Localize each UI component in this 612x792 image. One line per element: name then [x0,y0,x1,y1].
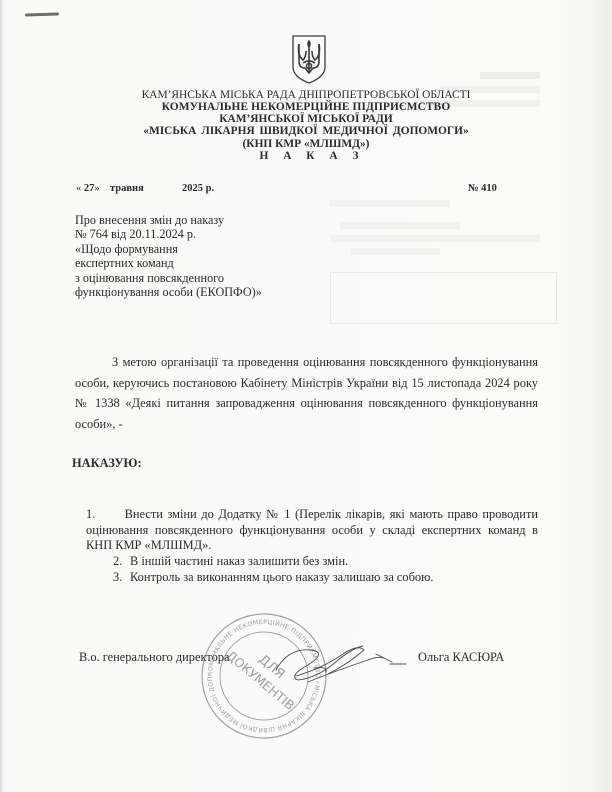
order-day: « 27» [76,183,100,194]
item-number: 2. [113,554,130,569]
order-subject: Про внесення змін до наказу № 764 від 20… [75,213,262,299]
item-number: 3. [113,570,130,585]
preamble-paragraph: З метою організації та проведення оцінюв… [75,352,538,434]
document-type: Н А К А З [0,150,612,163]
item-number: 1. [59,507,120,523]
coat-of-arms-icon [289,33,329,85]
item-text: Контроль за виконанням цього наказу зали… [130,570,433,584]
day-value: 27 [84,183,95,194]
item-text: В іншій частині наказ залишити без змін. [130,554,348,568]
handwritten-signature [268,640,418,690]
order-item-1: 1. Внести зміни до Додатку № 1 (Перелік … [86,507,538,554]
order-item-3: 3.Контроль за виконанням цього наказу за… [113,570,433,585]
order-month: травня [110,183,144,194]
order-item-2: 2.В іншій частині наказ залишити без змі… [113,554,348,569]
subject-line: з оцінювання повсякденного [75,271,262,285]
order-number: № 410 [468,183,497,194]
directive-heading: НАКАЗУЮ: [72,456,142,471]
subject-line: експертних команд [75,256,262,270]
item-text: Внести зміни до Додатку № 1 (Перелік лік… [86,507,538,552]
subject-line: функціонування особи (ЕКОПФО)» [75,285,262,299]
subject-line: № 764 від 20.11.2024 р. [75,227,262,241]
signatory-name: Ольга КАСЮРА [418,650,504,665]
order-year: 2025 р. [182,183,214,194]
subject-line: Про внесення змін до наказу [75,213,262,227]
day-suffix: » [94,183,99,194]
hospital-name: «МІСЬКА ЛІКАРНЯ ШВИДКОЇ МЕДИЧНОЇ ДОПОМОГ… [0,125,612,138]
day-prefix: « [76,183,84,194]
subject-line: «Щодо формування [75,242,262,256]
